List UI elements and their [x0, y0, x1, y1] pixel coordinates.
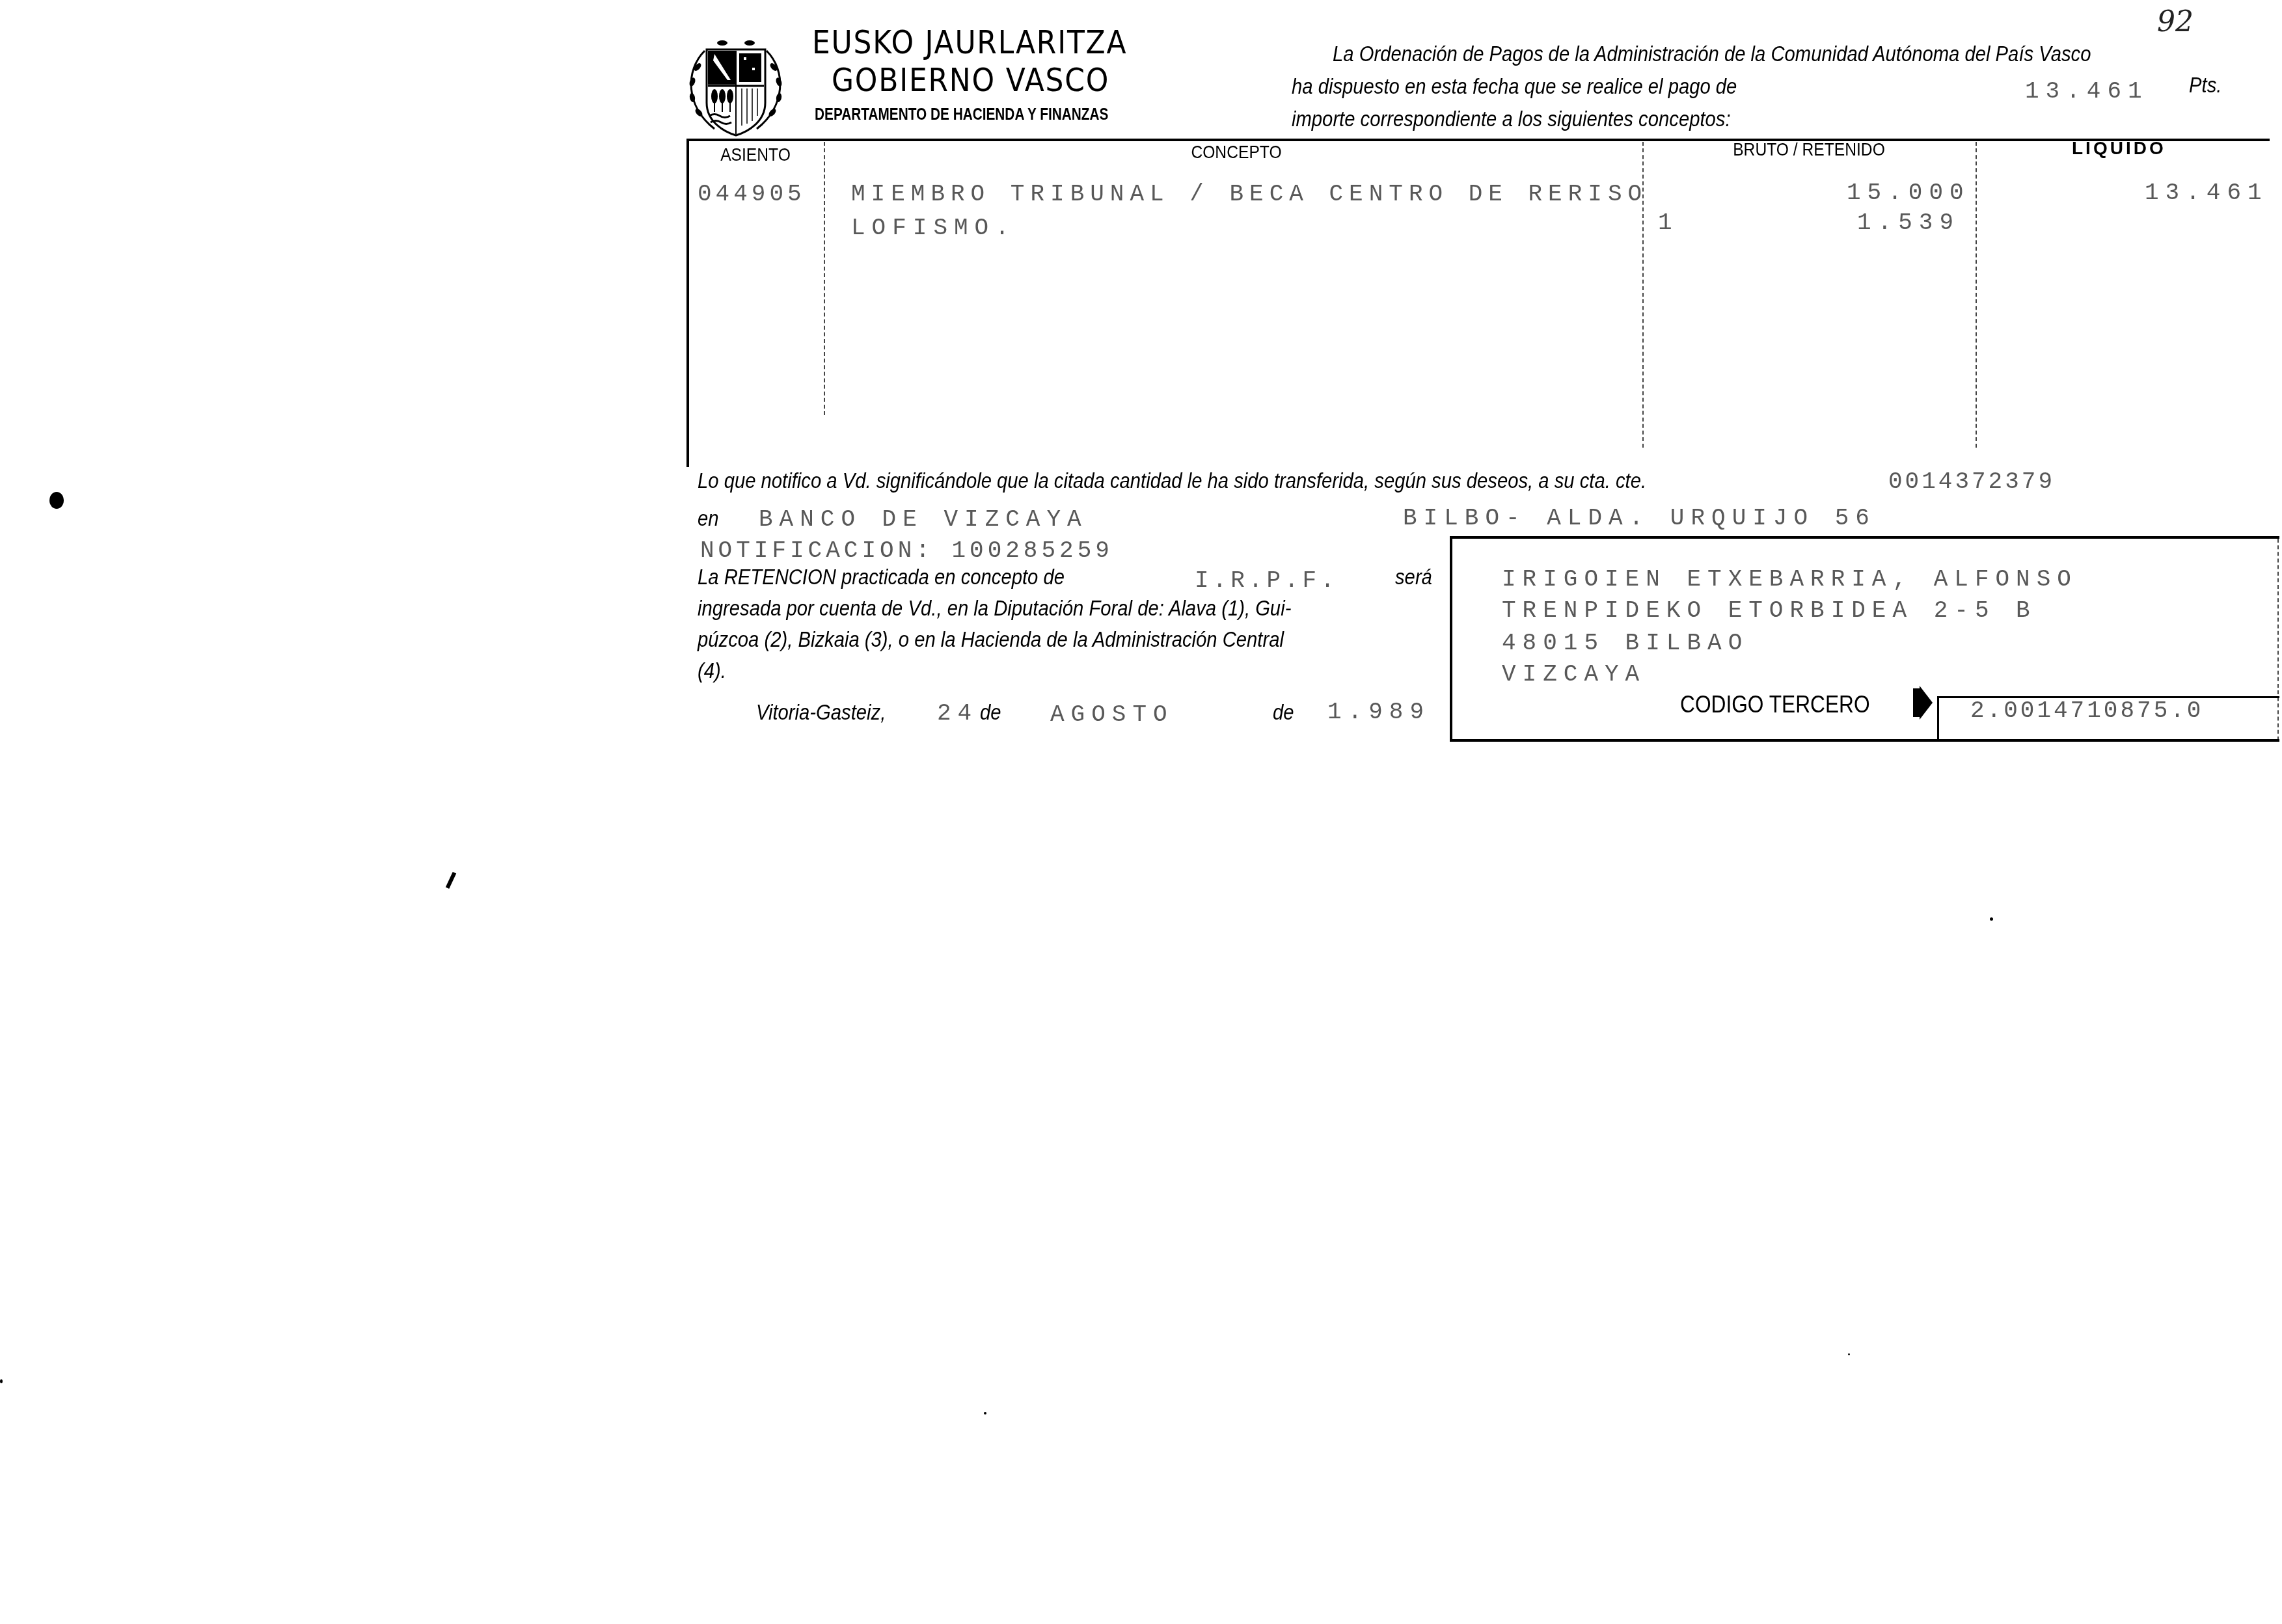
recipient-box-right [2277, 539, 2279, 740]
en-label: en [698, 506, 719, 532]
currency-label: Pts. [2189, 73, 2221, 98]
scan-mark [446, 872, 456, 889]
date-place: Vitoria-Gasteiz, [756, 700, 886, 725]
date-de-2: de [1273, 700, 1294, 725]
recipient-name: IRIGOIEN ETXEBARRIA, ALFONSO [1502, 566, 2078, 593]
column-header-asiento: ASIENTO [701, 144, 809, 165]
codigo-box-left [1937, 696, 1939, 740]
recipient-box-bottom [1450, 739, 2279, 742]
table-top-border [687, 139, 2270, 141]
scan-speck [1848, 1353, 1850, 1355]
retenido-value: 1.539 [1857, 210, 1960, 236]
scan-speck [1990, 917, 1993, 921]
scan-speck [0, 1379, 3, 1383]
coat-of-arms-icon [682, 31, 789, 139]
department-name: DEPARTAMENTO DE HACIENDA Y FINANZAS [815, 104, 1108, 124]
scan-speck [984, 1412, 986, 1414]
codigo-tercero-value: 2.0014710875.0 [1970, 697, 2203, 724]
punch-hole-mark [49, 492, 64, 509]
table-left-border [686, 139, 689, 467]
date-de-1: de [980, 700, 1001, 725]
column-header-concepto: CONCEPTO [1122, 142, 1351, 163]
payment-amount: 13.461 [2025, 78, 2149, 105]
handwritten-note: 92 [2157, 5, 2194, 38]
retention-line-1-suffix: será [1395, 565, 1432, 590]
recipient-city: 48015 BILBAO [1502, 630, 1748, 656]
bank-branch: BILBO- ALDA. URQUIJO 56 [1403, 505, 1876, 532]
column-divider [1976, 142, 1977, 448]
retention-line-2: ingresada por cuenta de Vd., en la Diput… [698, 596, 1291, 621]
notice-line: Lo que notifico a Vd. significándole que… [698, 468, 1646, 494]
recipient-box-left [1450, 536, 1452, 742]
column-divider [824, 142, 825, 415]
retention-line-4: (4). [698, 658, 726, 684]
retention-line-3: púzcoa (2), Bizkaia (3), o en la Haciend… [698, 627, 1284, 653]
concepto-line-1: MIEMBRO TRIBUNAL / BECA CENTRO DE RERISO [851, 181, 1648, 208]
bruto-value: 15.000 [1847, 180, 1970, 206]
concepto-line-2: LOFISMO. [851, 215, 1016, 241]
notification-number: NOTIFICACION: 100285259 [700, 537, 1113, 564]
recipient-street: TRENPIDEKO ETORBIDEA 2-5 B [1502, 597, 2037, 624]
intro-line-1: La Ordenación de Pagos de la Administrac… [1333, 42, 2091, 67]
date-year: 1.989 [1327, 699, 1430, 725]
retention-concept: I.R.P.F. [1195, 567, 1338, 594]
codigo-tercero-label: CODIGO TERCERO [1680, 691, 1870, 718]
date-month: AGOSTO [1050, 701, 1174, 728]
intro-line-2: ha dispuesto en esta fecha que se realic… [1292, 74, 1737, 100]
retention-line-1-prefix: La RETENCION practicada en concepto de [698, 565, 1065, 590]
org-name-basque: EUSKO JAURLARITZA [812, 23, 1127, 61]
asiento-value: 044905 [698, 181, 806, 208]
column-header-liquido: LIQUIDO [2072, 138, 2166, 159]
intro-line-3: importe correspondiente a los siguientes… [1292, 107, 1731, 132]
bank-name: BANCO DE VIZCAYA [759, 506, 1088, 533]
recipient-province: VIZCAYA [1502, 661, 1646, 688]
org-name-spanish: GOBIERNO VASCO [832, 61, 1109, 99]
date-day: 24 [937, 700, 978, 727]
recipient-box-top [1450, 536, 2279, 539]
liquido-value: 13.461 [2145, 180, 2268, 206]
retenido-code: 1 [1658, 210, 1679, 236]
account-number: 0014372379 [1888, 468, 2055, 495]
column-header-bruto-retenido: BRUTO / RETENIDO [1683, 139, 1935, 160]
